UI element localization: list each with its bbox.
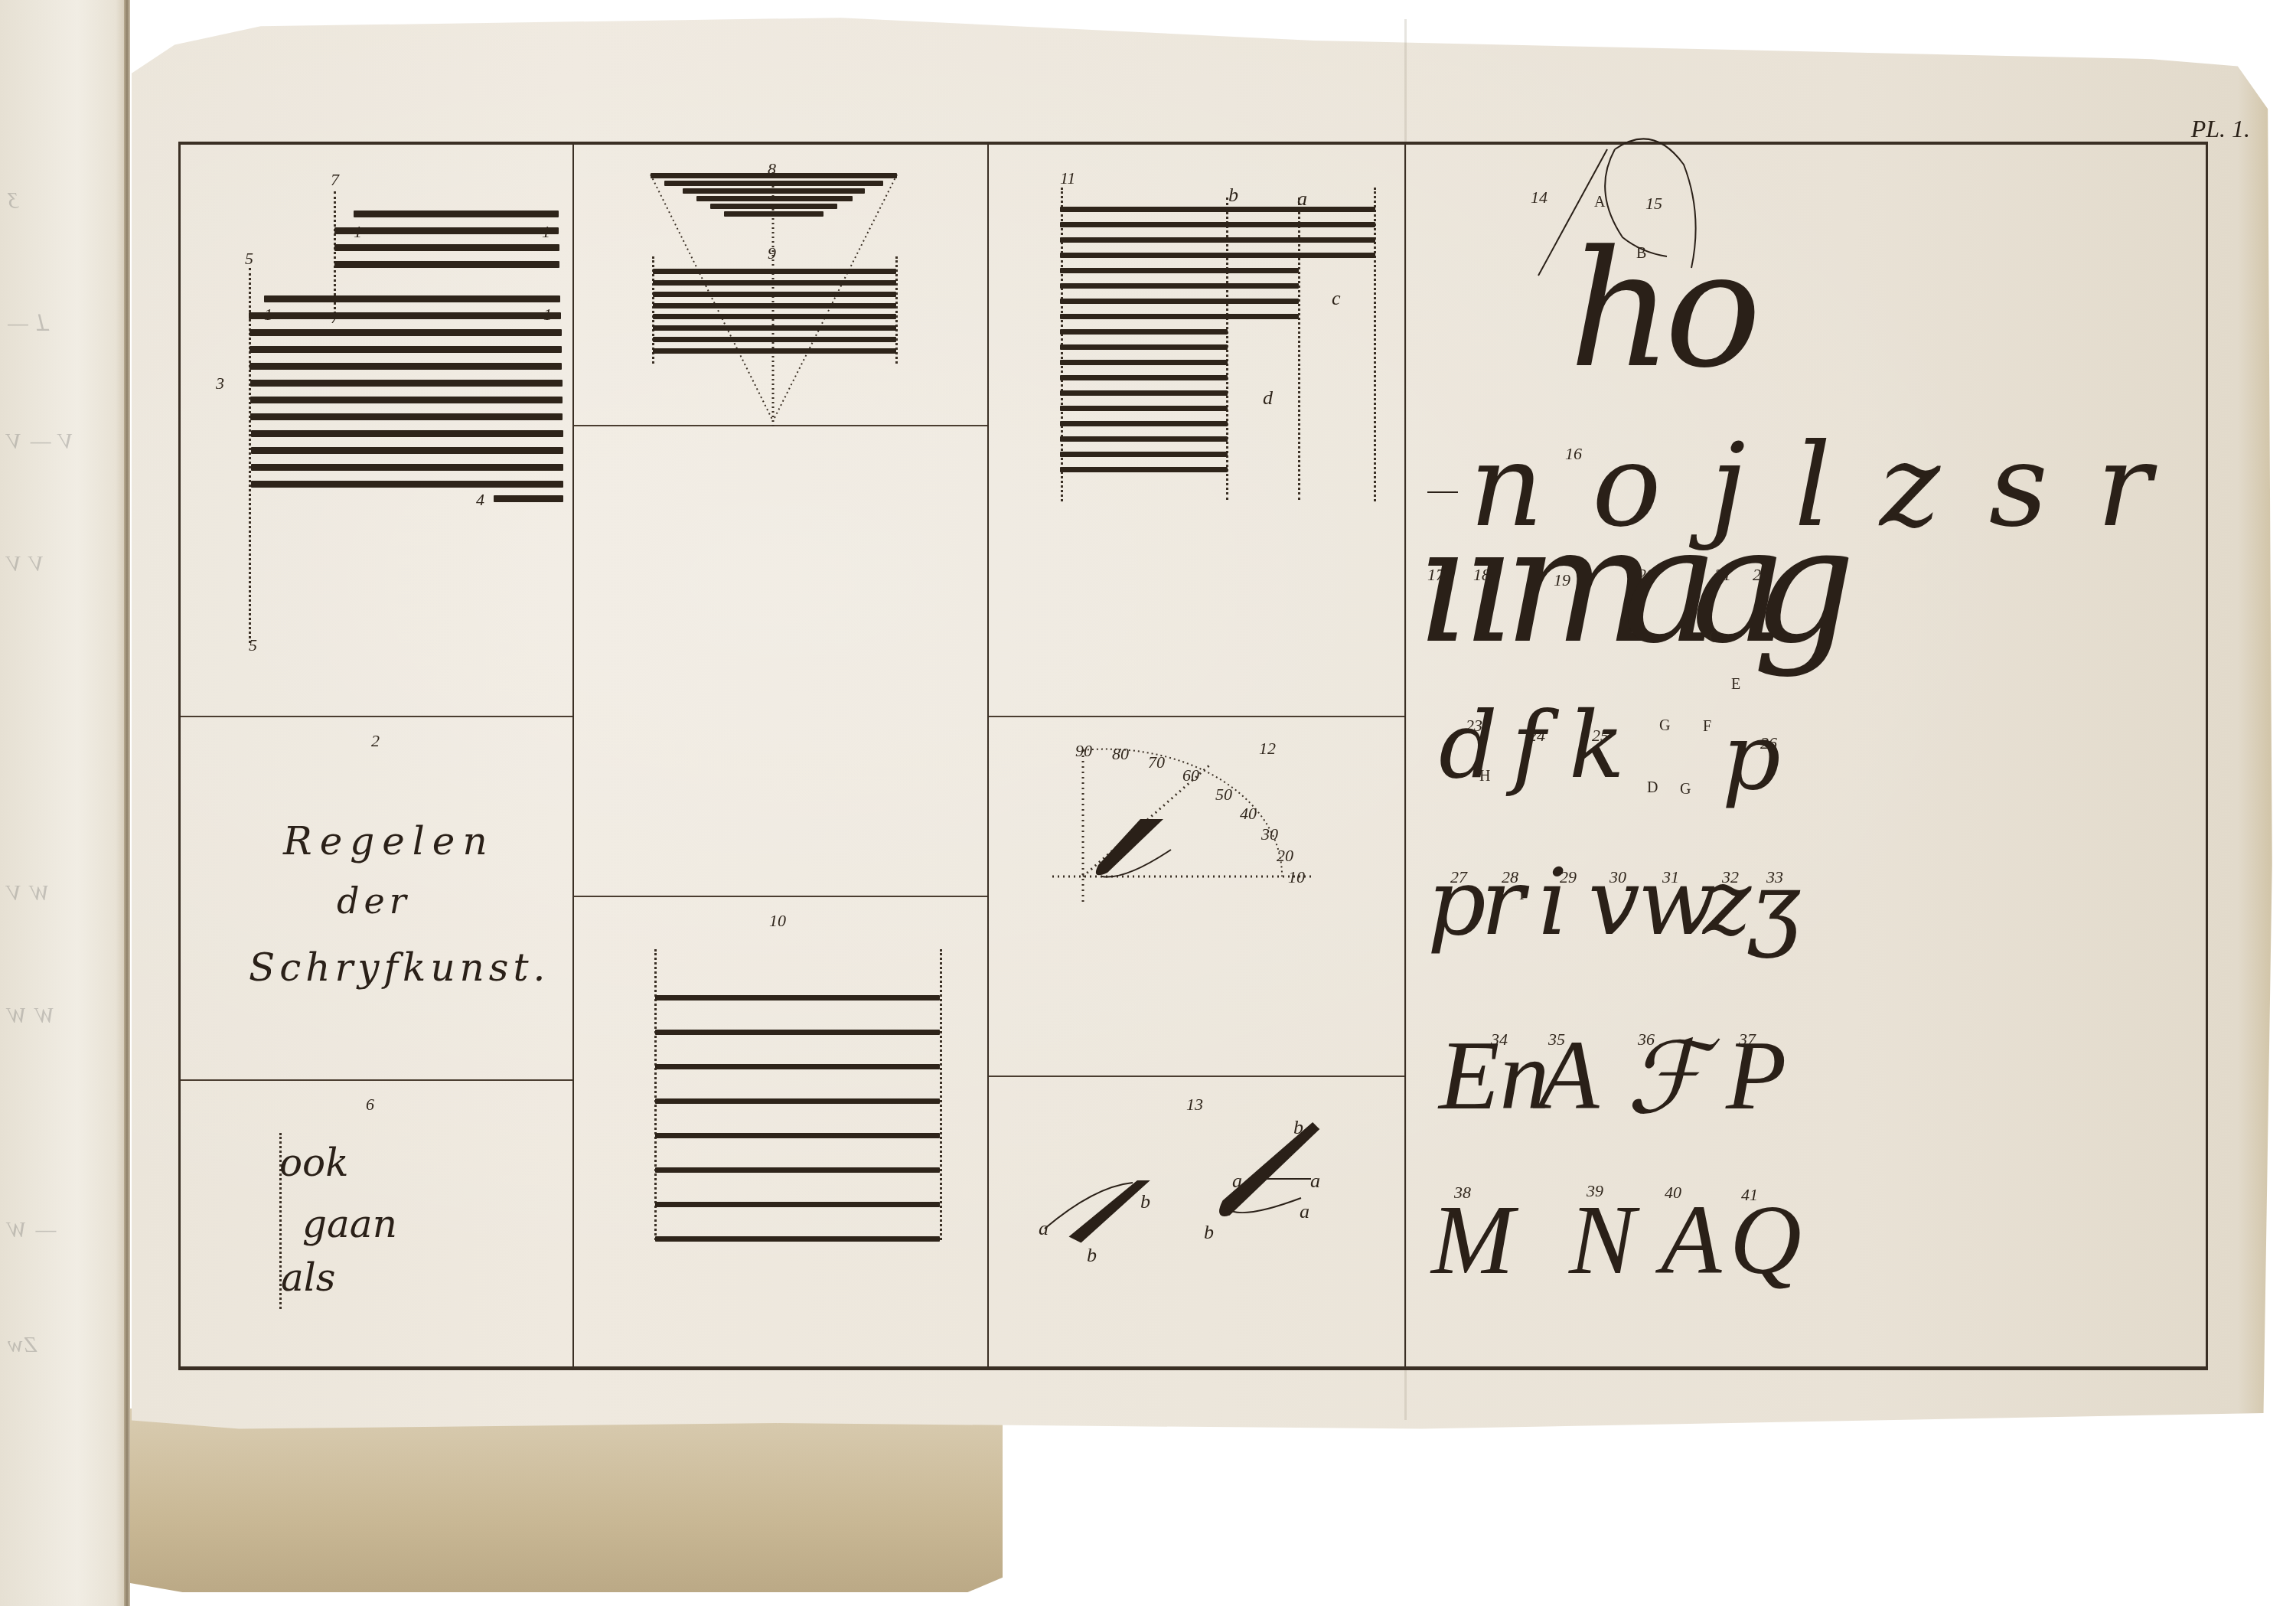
letter-r: r [1481, 857, 1525, 949]
point-label: F [1703, 718, 1711, 736]
capital-q: Q [1730, 1190, 1802, 1290]
capital-m: M [1431, 1190, 1514, 1290]
letter-construction-curves [0, 0, 2296, 1606]
capital-en: En [1439, 1026, 1549, 1125]
letter-d: d [1439, 700, 1498, 792]
letter-k: k [1569, 700, 1625, 792]
letter-i-stroke: ı [1416, 505, 1467, 666]
point-label: E [1731, 676, 1740, 694]
letter-g: g [1753, 505, 1855, 666]
capital-a: A [1538, 1026, 1599, 1125]
letter-p: p [1722, 712, 1781, 804]
letter-o: o [1665, 230, 1761, 390]
point-label: G [1659, 717, 1670, 735]
capital-f: ℱ [1626, 1030, 1704, 1129]
letter-f: f [1512, 700, 1545, 792]
point-label: C [1709, 629, 1719, 647]
letter-z: z [1703, 857, 1751, 949]
letter-i: i [1538, 857, 1567, 949]
point-label: G [1680, 781, 1691, 798]
letter-z-tailed: ʒ [1749, 861, 1801, 953]
capital-n: N [1569, 1190, 1636, 1290]
capital-a: A [1661, 1190, 1721, 1290]
letter-v: v [1588, 857, 1640, 949]
letter-p: p [1427, 857, 1486, 949]
point-label: D [1647, 779, 1658, 797]
capital-p: P [1726, 1026, 1786, 1125]
